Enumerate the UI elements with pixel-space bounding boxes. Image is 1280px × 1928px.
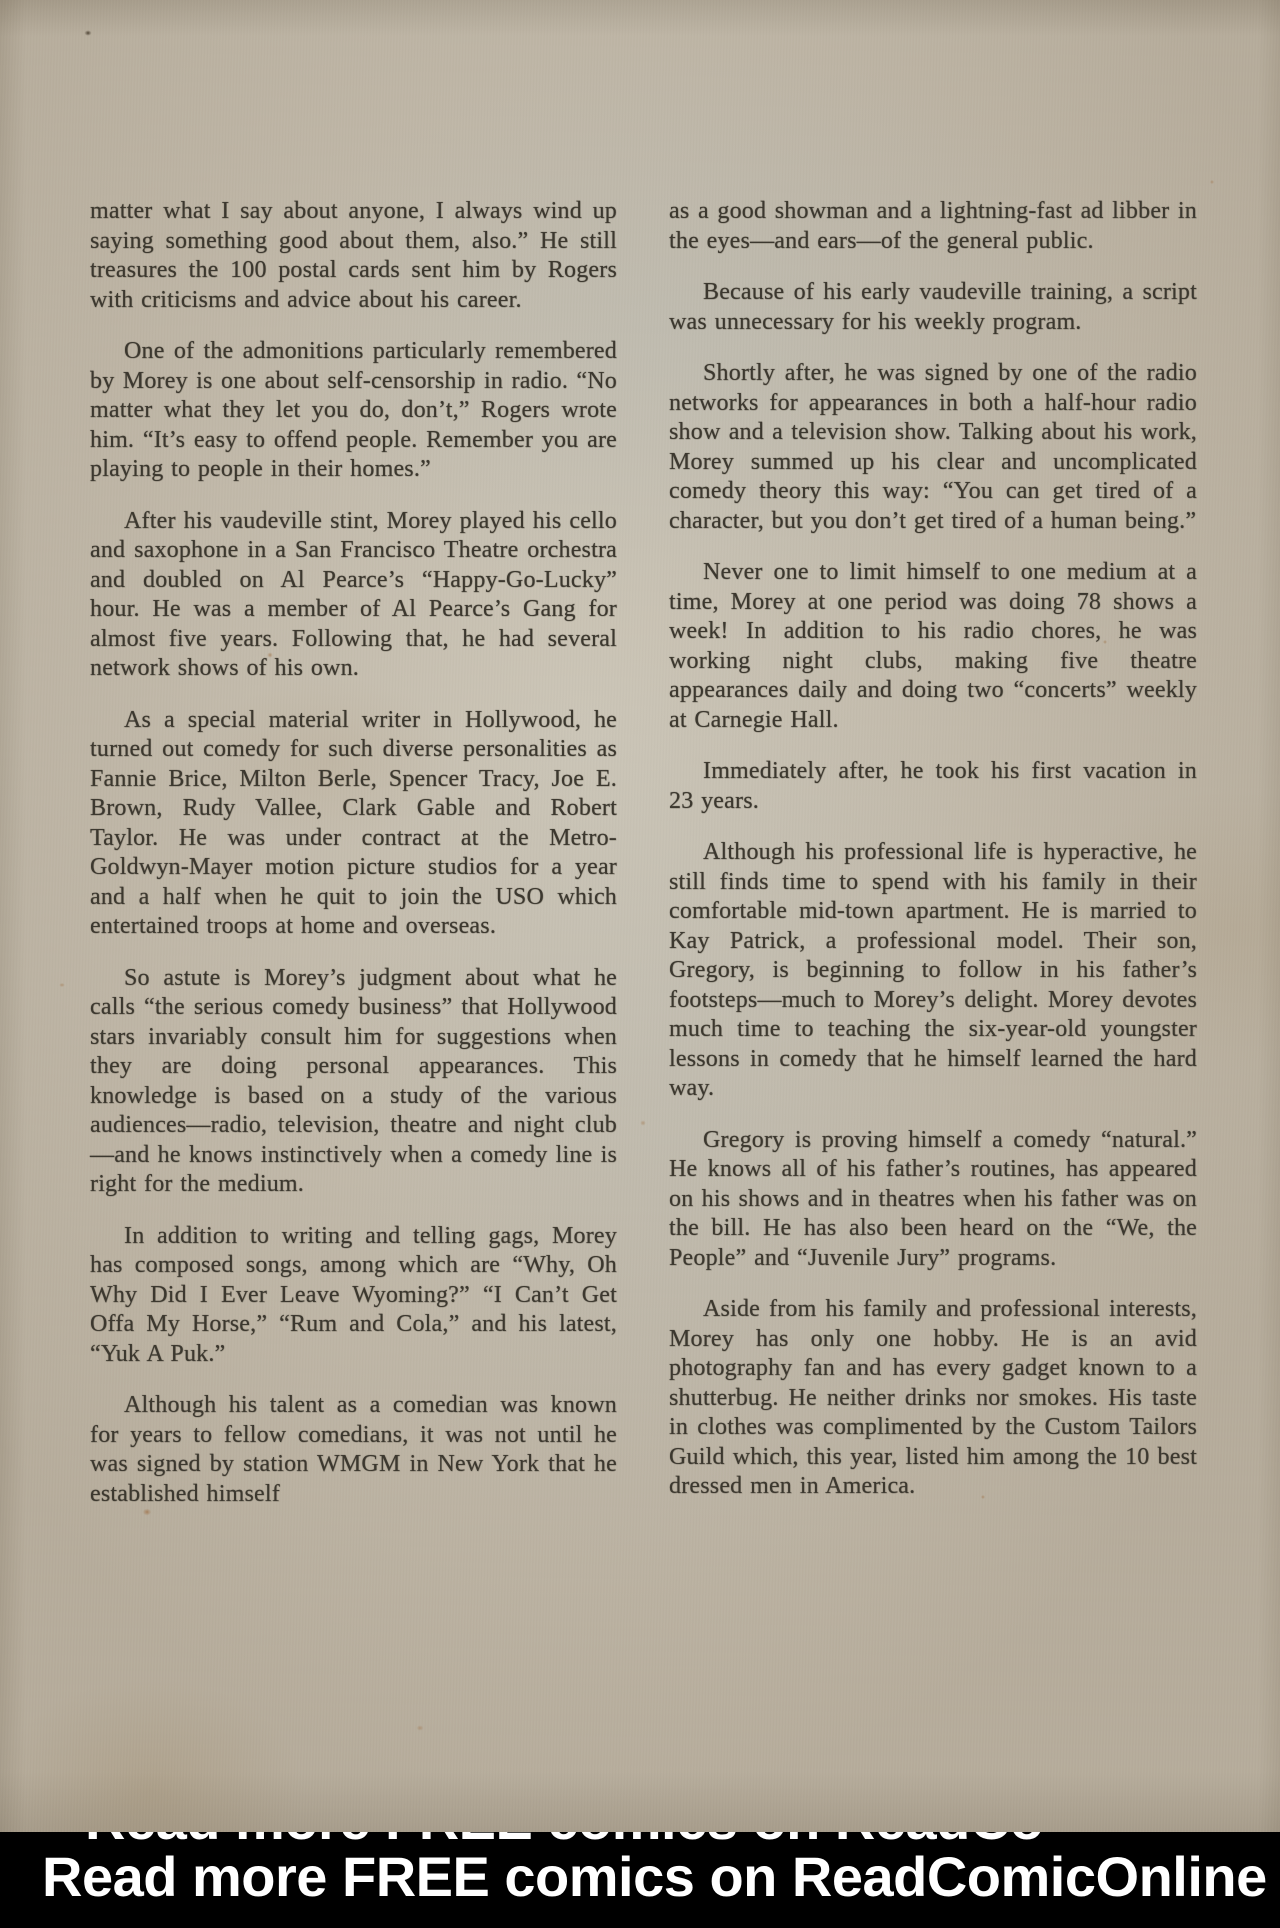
paragraph: Aside from his family and professional i… — [669, 1295, 1197, 1502]
paragraph: Immediately after, he took his first vac… — [669, 757, 1197, 816]
paragraph: Gregory is proving himself a comedy “nat… — [669, 1126, 1197, 1274]
paragraph: After his vaudeville stint, Morey played… — [90, 507, 617, 684]
right-column: as a good showman and a lightning-fast a… — [669, 197, 1197, 1524]
banner-text: Read more FREE comics on ReadComicOnline — [42, 1849, 1267, 1905]
paragraph: matter what I say about anyone, I always… — [90, 197, 617, 315]
paragraph: Because of his early vaudeville training… — [669, 278, 1197, 337]
banner-clipped-text-artifact: Read more FREE comics on ReadComicOnline — [85, 1832, 1045, 1841]
paragraph: as a good showman and a lightning-fast a… — [669, 197, 1197, 256]
footer-banner: Read more FREE comics on ReadComicOnline… — [0, 1832, 1280, 1928]
paragraph: One of the admonitions particularly reme… — [90, 337, 617, 485]
paragraph: Although his professional life is hypera… — [669, 838, 1197, 1104]
paragraph: So astute is Morey’s judgment about what… — [90, 964, 617, 1200]
paragraph: In addition to writing and telling gags,… — [90, 1222, 617, 1370]
scanned-page: matter what I say about anyone, I always… — [0, 0, 1280, 1832]
paragraph: Never one to limit himself to one medium… — [669, 558, 1197, 735]
paragraph: Shortly after, he was signed by one of t… — [669, 359, 1197, 536]
paragraph: As a special material writer in Hollywoo… — [90, 706, 617, 942]
left-column: matter what I say about anyone, I always… — [90, 197, 617, 1531]
paragraph: Although his talent as a comedian was kn… — [90, 1391, 617, 1509]
